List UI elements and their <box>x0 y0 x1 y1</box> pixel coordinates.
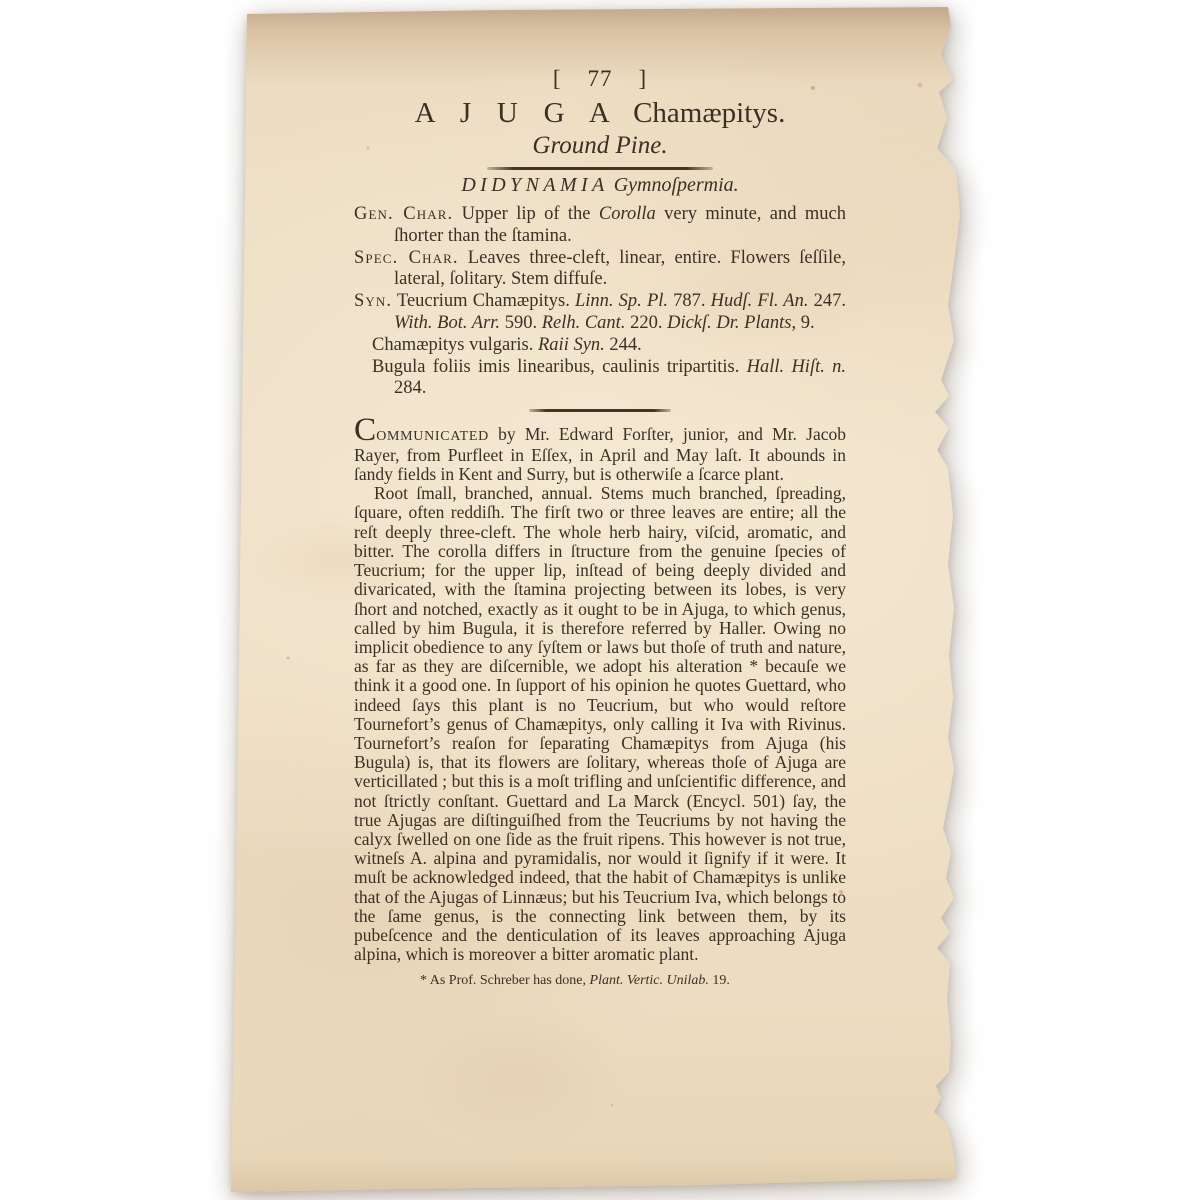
section-rule <box>529 409 671 412</box>
classification-line: DIDYNAMIA Gymnoſpermia. <box>354 174 846 197</box>
scan-background: [77] A J U G AChamæpitys. Ground Pine. D… <box>0 0 1200 1200</box>
section-rule <box>487 167 713 170</box>
spec-char-entry: Spec. Char. Leaves three-cleft, linear, … <box>354 248 846 292</box>
footnote: * As Prof. Schreber has done, Plant. Ver… <box>420 973 846 989</box>
folio-number: 77 <box>588 66 613 91</box>
synonym-entry: Syn. Teucrium Chamæpitys. Linn. Sp. Pl. … <box>354 291 846 335</box>
page-number: [77] <box>354 66 846 92</box>
synonym-vulgaris: Chamæpitys vulgaris. Raii Syn. 244. <box>354 335 846 357</box>
folio-open-bracket: [ <box>553 66 562 91</box>
common-name: Ground Pine. <box>354 132 846 160</box>
description-paragraph: Root ſmall, branched, annual. Stems much… <box>354 484 846 964</box>
page-content: [77] A J U G AChamæpitys. Ground Pine. D… <box>354 66 846 989</box>
synonym-bugula: Bugula foliis imis linearibus, caulinis … <box>354 357 846 401</box>
gen-char-entry: Gen. Char. Upper lip of the Corolla very… <box>354 204 846 248</box>
folio-close-bracket: ] <box>639 66 648 91</box>
character-entries: Gen. Char. Upper lip of the Corolla very… <box>354 204 846 400</box>
page-shadow: [77] A J U G AChamæpitys. Ground Pine. D… <box>0 0 1200 1200</box>
article-title: A J U G AChamæpitys. <box>354 97 846 130</box>
book-page: [77] A J U G AChamæpitys. Ground Pine. D… <box>0 0 1200 1200</box>
communicated-paragraph: COMMUNICATED by Mr. Edward Forſter, juni… <box>354 417 846 485</box>
